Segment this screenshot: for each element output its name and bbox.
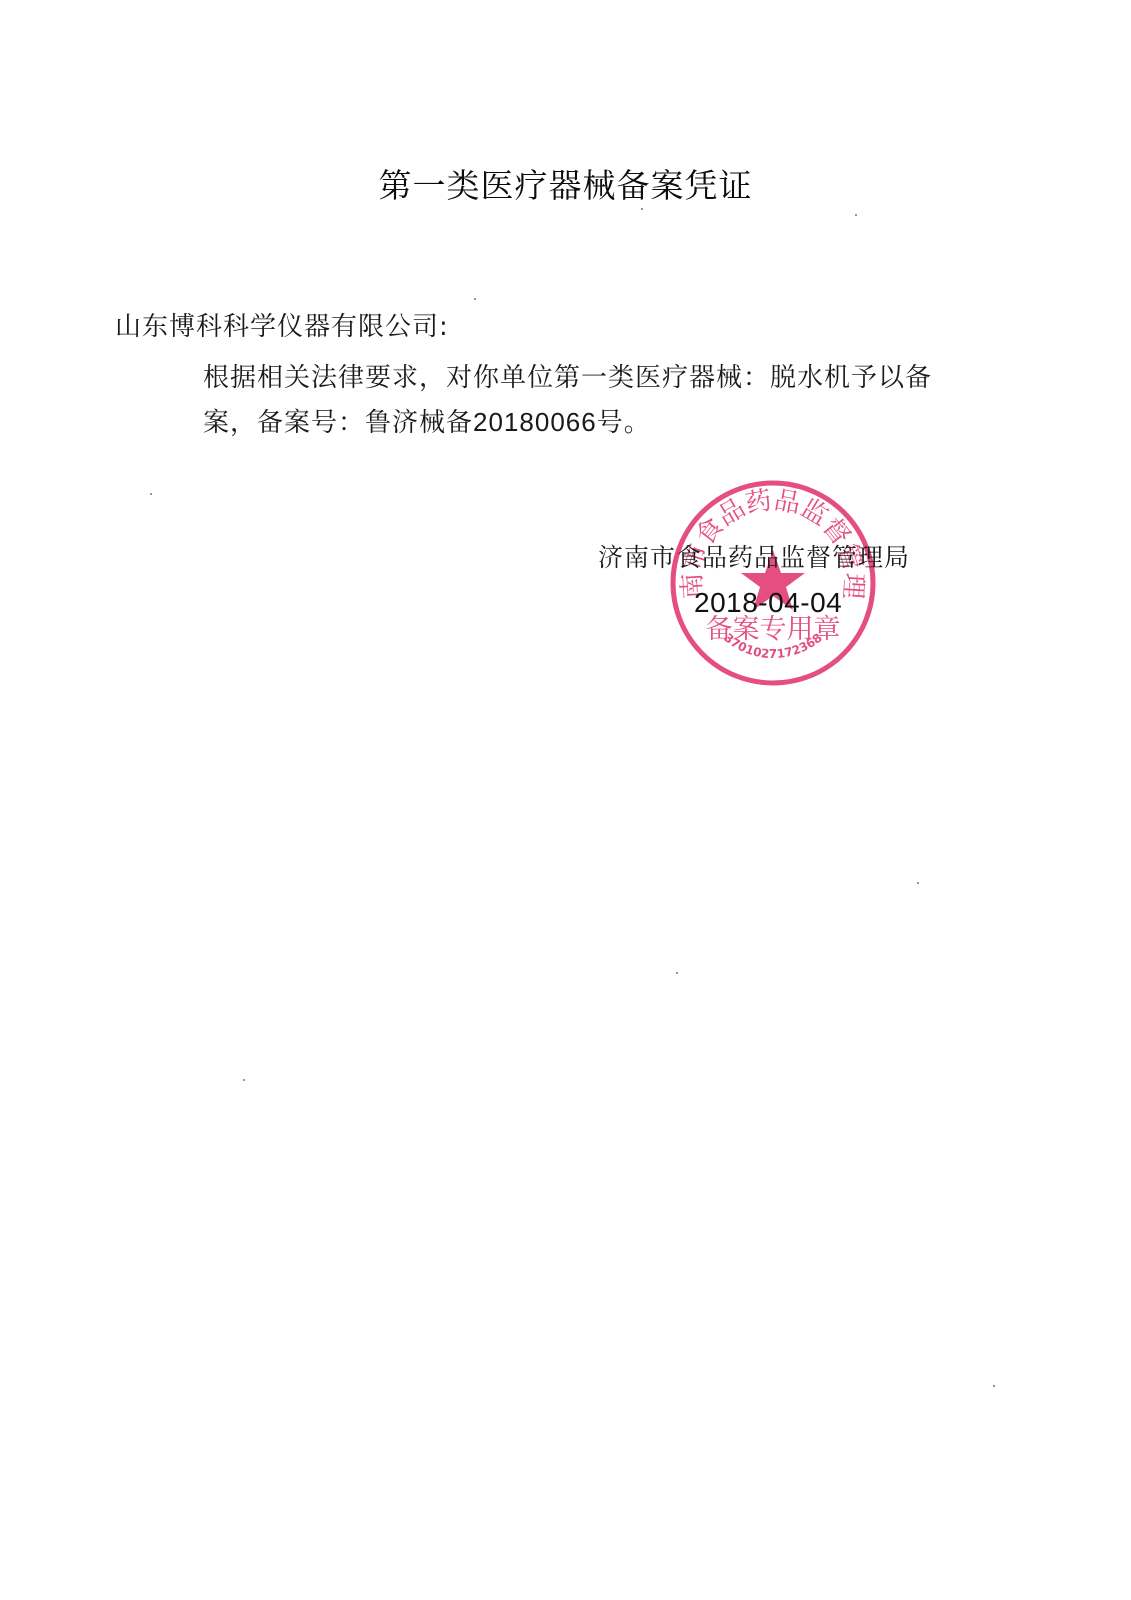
scan-speck [993, 1385, 995, 1387]
official-seal: 济南市食品药品监督管理局 备案专用章 3701027172368 [668, 478, 878, 688]
document-page: 第一类医疗器械备案凭证 山东博科科学仪器有限公司: 根据相关法律要求，对你单位第… [0, 0, 1131, 1600]
issuing-authority: 济南市食品药品监督管理局 [598, 538, 910, 574]
scan-speck [676, 972, 678, 974]
scan-speck [150, 493, 152, 495]
scan-speck [855, 214, 857, 216]
document-title: 第一类医疗器械备案凭证 [0, 160, 1131, 207]
body-line-2-prefix: 案，备案号：鲁济械备 [203, 408, 473, 438]
record-number: 20180066 [473, 407, 597, 437]
body-paragraph: 根据相关法律要求，对你单位第一类医疗器械：脱水机予以备 案，备案号：鲁济械备20… [203, 356, 983, 445]
body-line-2-suffix: 号。 [597, 408, 651, 438]
scan-speck [641, 208, 643, 210]
scan-speck [474, 298, 476, 300]
addressee: 山东博科科学仪器有限公司: [115, 306, 449, 343]
issue-date: 2018-04-04 [694, 587, 842, 619]
scan-speck [917, 882, 919, 884]
body-line-2: 案，备案号：鲁济械备20180066号。 [203, 400, 983, 445]
body-line-1: 根据相关法律要求，对你单位第一类医疗器械：脱水机予以备 [203, 356, 983, 400]
seal-graphic: 济南市食品药品监督管理局 备案专用章 3701027172368 [668, 478, 878, 688]
scan-speck [243, 1079, 245, 1081]
